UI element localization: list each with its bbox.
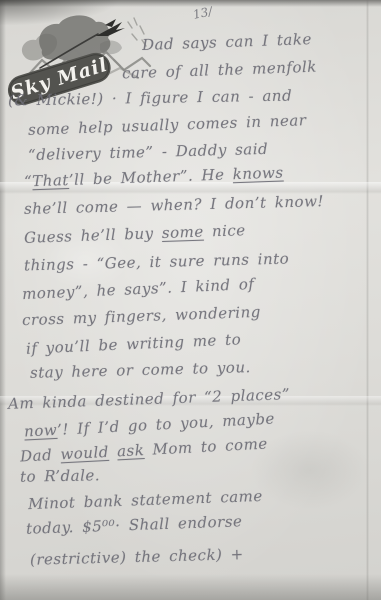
handwritten-line: “delivery time” - Daddy said [28,141,269,164]
paper-smudge [250,430,370,510]
handwritten-line: (& Mickie!) · I figure I can - and [8,88,292,109]
scan-edge-bottom [0,574,381,600]
cloud-sketch [22,15,122,61]
handwritten-line: today. $5⁰⁰· Shall endorse [26,513,243,537]
handwritten-line: cross my fingers, wondering [22,304,261,329]
handwritten-line: stay here or come to you. [30,359,251,381]
handwritten-line: Dad says can I take [142,31,312,53]
letter-page: Sky Mail 13/ Dad says can I take care of… [0,0,381,600]
handwritten-line: Minot bank statement came [28,488,263,513]
handwritten-line: Am kinda destined for “2 places” [8,386,290,412]
paper-edge-line [366,0,369,600]
handwritten-line: to R’dale. [20,467,100,485]
page-number: 13/ [192,4,214,22]
handwritten-line: Dad would ask Mom to come [20,436,268,465]
handwritten-line: she’ll come — when? I don’t know! [24,193,324,217]
handwritten-line: if you’ll be writing me to [26,331,242,357]
handwritten-line: Guess he’ll buy some nice [24,222,246,246]
handwritten-line: some help usually comes in near [28,112,307,138]
handwritten-line: (restrictive) the check) + [30,546,244,568]
